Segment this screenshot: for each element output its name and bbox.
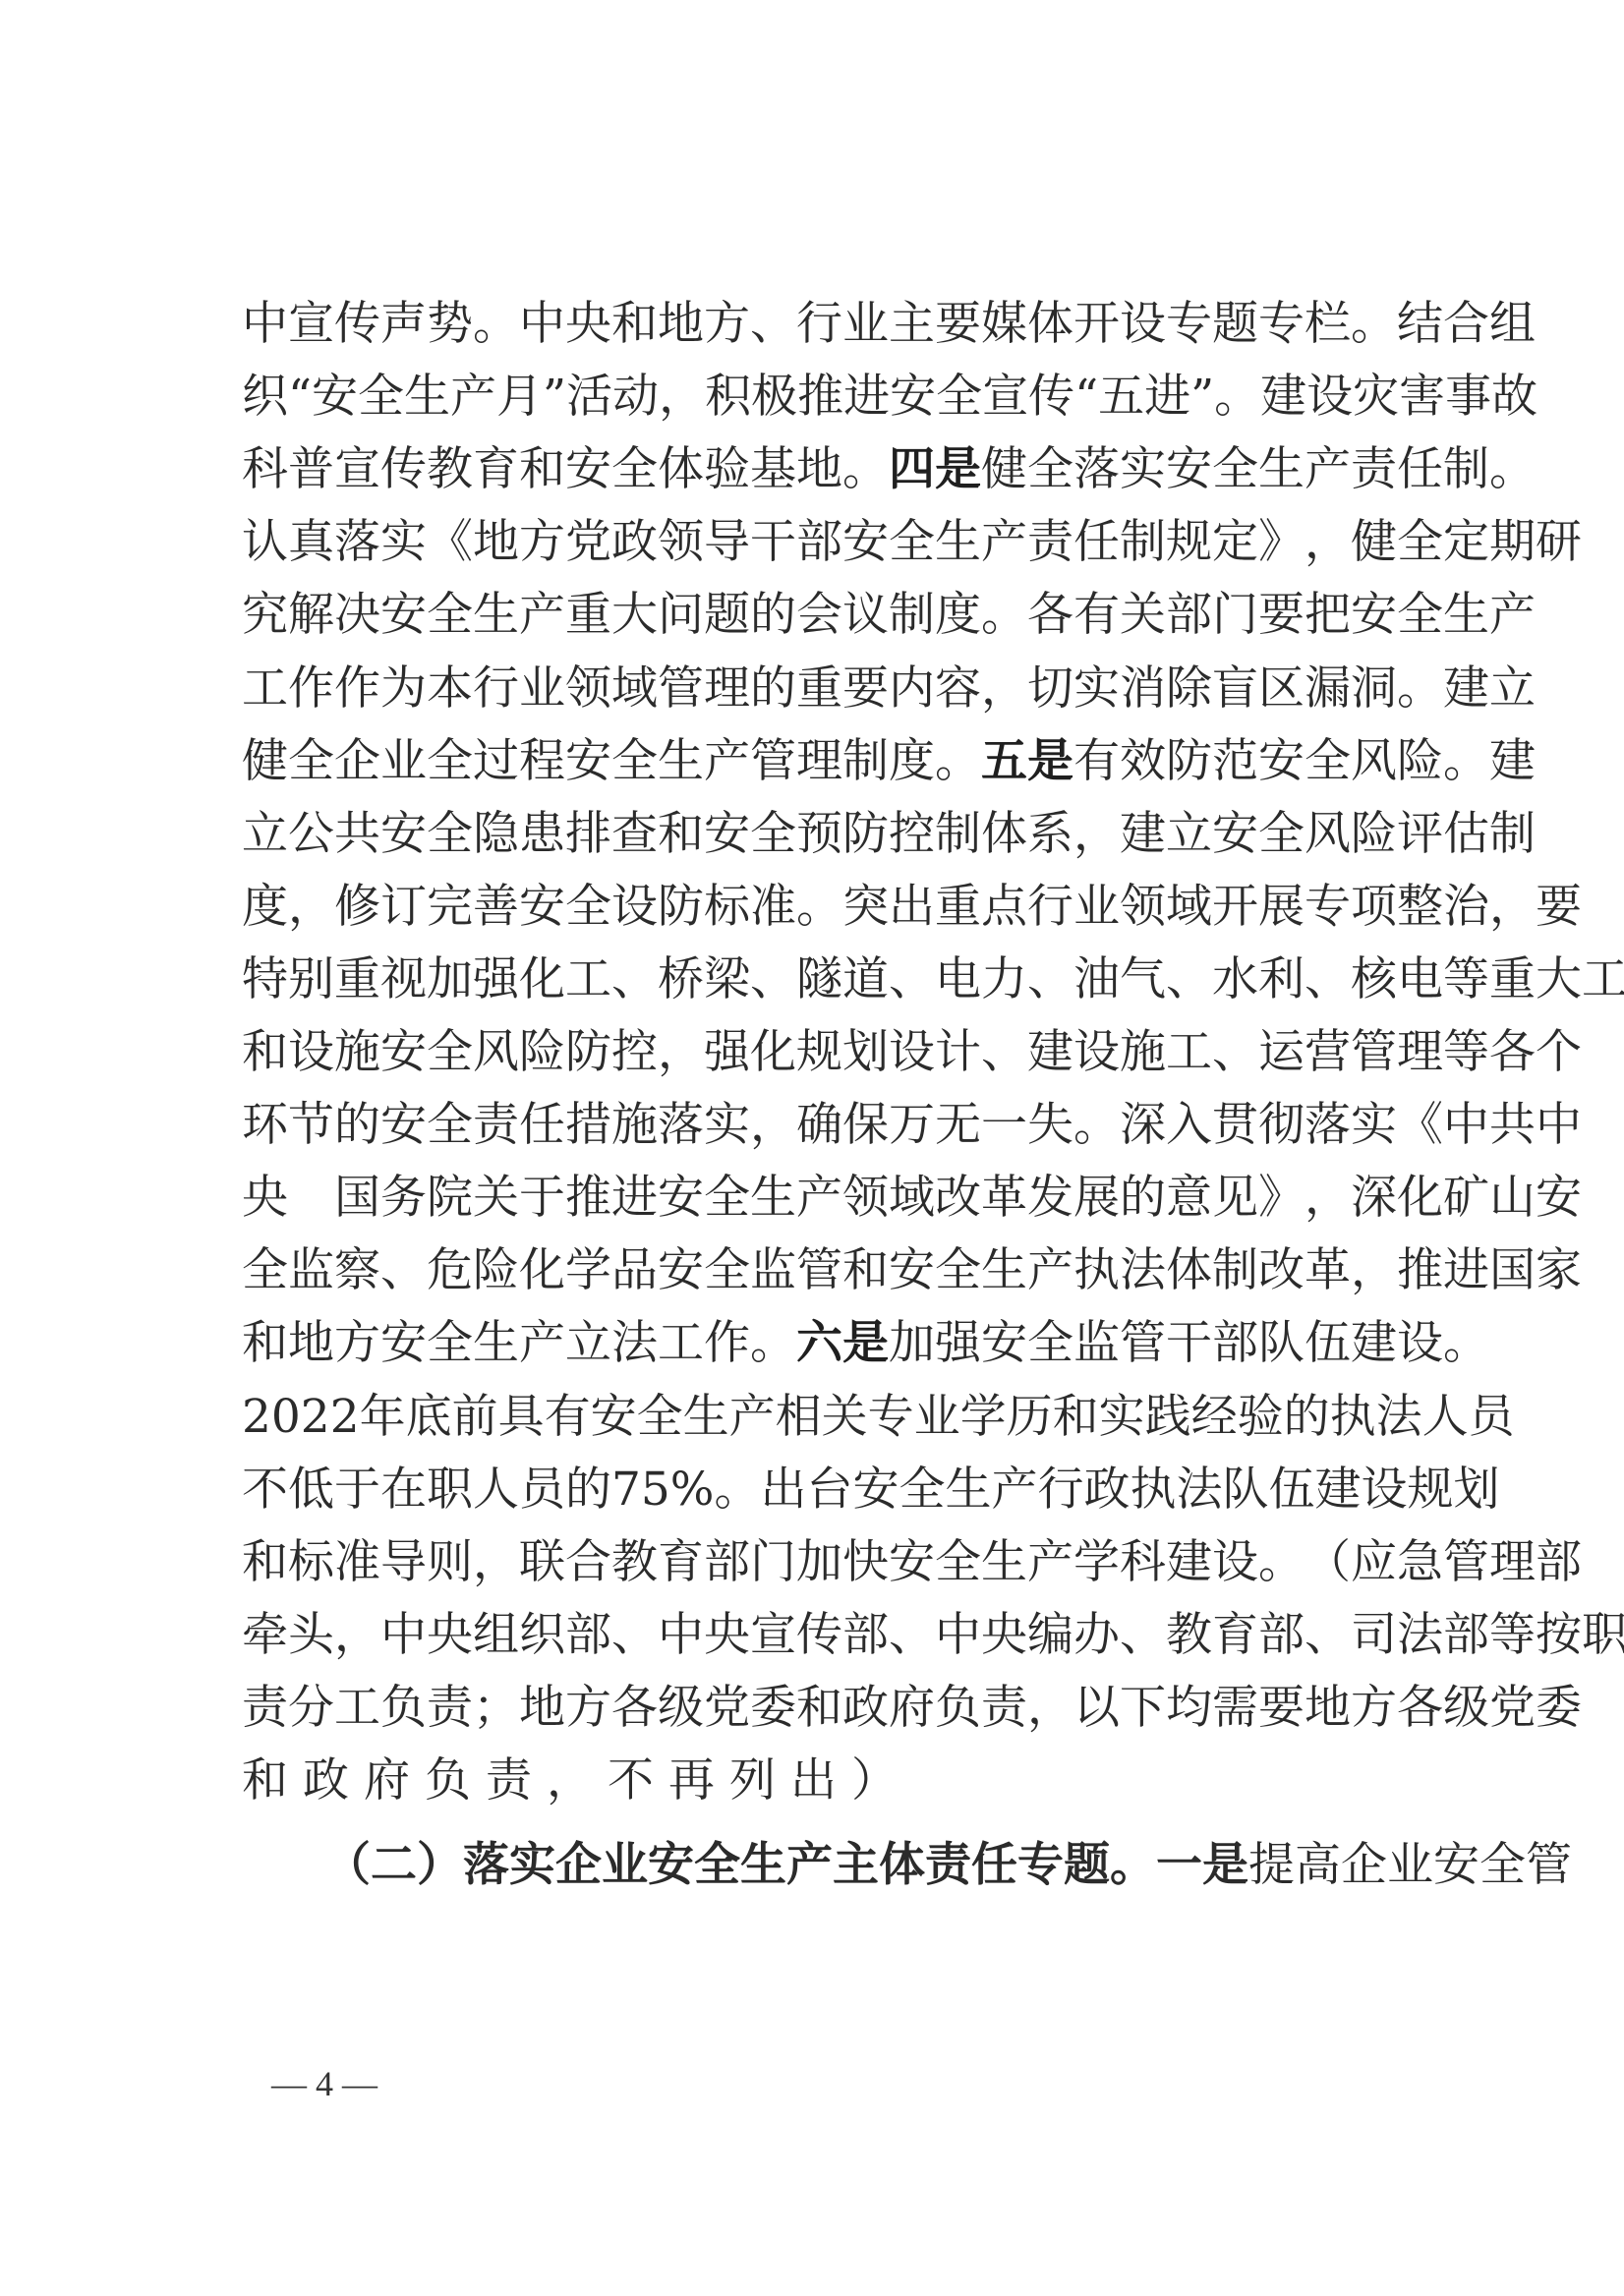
text-glyph: 解 (288, 586, 334, 645)
text-glyph: 重 (334, 950, 380, 1009)
text-glyph: ， (1305, 513, 1351, 572)
text-glyph: 无 (935, 1096, 981, 1155)
text-glyph: 险 (1397, 732, 1443, 791)
text-glyph: 责 (1351, 440, 1397, 499)
text-glyph: 准 (750, 878, 796, 937)
text-glyph: 大 (611, 586, 658, 645)
text-glyph: 业 (519, 660, 565, 718)
text-glyph: 验 (1238, 1388, 1284, 1447)
text-glyph: 安 (380, 805, 427, 864)
text-glyph: 风 (473, 1023, 519, 1082)
text-glyph: 高 (1295, 1836, 1341, 1895)
text-glyph: 消 (1120, 660, 1166, 718)
text-glyph: 传 (796, 1606, 842, 1665)
text-glyph: 设 (611, 878, 658, 937)
text-glyph: 一 (981, 1096, 1027, 1155)
text-glyph: 桥 (658, 950, 704, 1009)
text-glyph: 行 (1027, 878, 1073, 937)
text-glyph: 施 (334, 1023, 380, 1082)
text-glyph: 科 (1120, 1533, 1166, 1592)
text-glyph: 安 (704, 805, 750, 864)
text-glyph: 定 (1443, 513, 1489, 572)
text-glyph: 政 (1083, 1461, 1130, 1520)
text-glyph: 。 (1397, 660, 1443, 718)
text-glyph: 于 (519, 1169, 565, 1228)
text-glyph: 要 (1258, 1679, 1305, 1738)
text-glyph: 理 (704, 660, 750, 718)
text-glyph: 门 (750, 1533, 796, 1592)
text-glyph: 革 (1305, 1241, 1351, 1300)
text-line: 究解决安全生产重大问题的会议制度。各有关部门要把安全生产 (242, 586, 1427, 645)
text-glyph: 全 (427, 1096, 473, 1155)
text-glyph: 究 (242, 586, 288, 645)
text-glyph: 产 (991, 1461, 1037, 1520)
text-glyph: 伍 (1305, 1314, 1351, 1373)
text-glyph: 普 (288, 440, 334, 499)
text-glyph: 生 (683, 1388, 729, 1447)
text-glyph: 化 (519, 1241, 565, 1300)
text-glyph: 题 (1212, 295, 1258, 354)
text-glyph: 控 (889, 805, 935, 864)
text-glyph: 产 (796, 1169, 842, 1228)
text-glyph: 、 (611, 1606, 658, 1665)
text-glyph: 责 (1027, 513, 1073, 572)
text-glyph: 合 (565, 1533, 611, 1592)
text-glyph: 有 (1073, 732, 1120, 791)
section-heading: 。 (1110, 1836, 1156, 1895)
text-glyph: 安 (658, 1169, 704, 1228)
text-glyph: 中 (935, 1606, 981, 1665)
section-heading: 实 (509, 1836, 555, 1895)
text-glyph: 责 (427, 1679, 473, 1738)
text-glyph: 设 (1212, 1533, 1258, 1592)
text-glyph: 践 (1145, 1388, 1191, 1447)
text-glyph: ， (547, 1751, 593, 1810)
section-heading: 体 (879, 1836, 925, 1895)
text-line: 不低于在职人员的75%。出台安全生产行政执法队伍建设规划 (242, 1461, 1427, 1520)
text-glyph: 头 (288, 1606, 334, 1665)
text-glyph: 声 (380, 295, 427, 354)
text-glyph: 监 (288, 1241, 334, 1300)
text-glyph: 的 (1120, 1169, 1166, 1228)
text-glyph: 需 (1212, 1679, 1258, 1738)
text-glyph: 估 (1443, 805, 1489, 864)
text-glyph: 基 (750, 440, 796, 499)
text-glyph: 要 (1258, 586, 1305, 645)
text-glyph: 险 (473, 1241, 519, 1300)
text-glyph: 编 (1027, 1606, 1073, 1665)
text-glyph: 万 (889, 1096, 935, 1155)
text-glyph: 、 (1305, 950, 1351, 1009)
text-glyph: 、 (750, 950, 796, 1009)
text-glyph: 主 (889, 295, 935, 354)
text-line: 中宣传声势。中央和地方、行业主要媒体开设专题专栏。结合组 (242, 295, 1427, 354)
text-glyph: 院 (427, 1169, 473, 1228)
text-glyph: 落 (334, 513, 380, 572)
text-glyph: 全 (242, 1241, 288, 1300)
text-glyph: 和 (242, 1314, 288, 1373)
text-glyph: ， (334, 1606, 380, 1665)
text-glyph: 教 (1166, 1606, 1212, 1665)
text-glyph: 研 (1536, 513, 1582, 572)
text-glyph: 部 (565, 1606, 611, 1665)
text-line: 工作作为本行业领域管理的重要内容，切实消除盲区漏洞。建立 (242, 660, 1427, 718)
text-glyph: 法 (1176, 1461, 1222, 1520)
text-glyph: 全 (427, 586, 473, 645)
text-glyph: 本 (427, 660, 473, 718)
text-glyph: 低 (288, 1461, 334, 1520)
text-glyph: 伍 (1268, 1461, 1314, 1520)
text-glyph: 油 (1073, 950, 1120, 1009)
text-glyph: 加 (427, 950, 473, 1009)
text-glyph: 控 (611, 1023, 658, 1082)
text-glyph: 中 (1443, 1096, 1489, 1155)
text-glyph: 安 (889, 1533, 935, 1592)
text-glyph: 计 (935, 1023, 981, 1082)
text-glyph: 地 (288, 1314, 334, 1373)
text-glyph: 建 (1027, 1023, 1073, 1082)
text-glyph: 的 (750, 586, 796, 645)
text-glyph: 防 (1166, 732, 1212, 791)
text-glyph: 生 (935, 513, 981, 572)
text-glyph: 《 (1397, 1096, 1443, 1155)
text-glyph: ， (288, 878, 334, 937)
text-glyph: 、 (611, 950, 658, 1009)
text-glyph: 危 (427, 1241, 473, 1300)
text-glyph: 地 (658, 295, 704, 354)
text-glyph: 隧 (796, 950, 842, 1009)
text-glyph: 任 (1073, 513, 1120, 572)
text-glyph: 患 (519, 805, 565, 864)
text-glyph: 划 (842, 1023, 889, 1082)
text-glyph: 实 (1099, 1388, 1145, 1447)
text-glyph: 实 (380, 513, 427, 572)
text-glyph: 的 (750, 660, 796, 718)
text-glyph: 管 (796, 1241, 842, 1300)
text-glyph: 害 (1399, 368, 1445, 427)
text-glyph: 各 (1489, 1023, 1536, 1082)
text-glyph: 全 (611, 732, 658, 791)
text-glyph: 全 (935, 1533, 981, 1592)
text-glyph: 领 (842, 1169, 889, 1228)
text-glyph: 建 (1166, 1533, 1212, 1592)
text-glyph: 系 (1027, 805, 1073, 864)
text-glyph: 生 (750, 1169, 796, 1228)
text-line: 和政府负责，不再列出） (242, 1751, 1427, 1810)
text-glyph: ， (1351, 1241, 1397, 1300)
text-glyph: 立 (1489, 660, 1536, 718)
text-glyph: 不 (242, 1461, 288, 1520)
text-glyph: 传 (1028, 368, 1074, 427)
text-glyph: 前 (452, 1388, 498, 1447)
text-glyph: 负 (425, 1751, 471, 1810)
text-glyph: 。 (1214, 368, 1260, 427)
bold-lead-phrase: 是 (935, 440, 981, 499)
text-glyph: 列 (729, 1751, 776, 1810)
text-glyph: 保 (842, 1096, 889, 1155)
text-glyph: 全 (565, 878, 611, 937)
text-glyph: 完 (427, 878, 473, 937)
text-glyph: 部 (1536, 1533, 1582, 1592)
text-glyph: 全 (427, 1023, 473, 1082)
text-glyph: 革 (981, 1169, 1027, 1228)
text-glyph: 队 (1258, 1314, 1305, 1373)
text-glyph: 品 (611, 1241, 658, 1300)
text-glyph: 过 (473, 732, 519, 791)
text-glyph: 分 (288, 1679, 334, 1738)
text-glyph: 防 (658, 878, 704, 937)
text-glyph: 发 (1027, 1169, 1073, 1228)
text-glyph: 有 (1073, 586, 1120, 645)
text-glyph: 问 (658, 586, 704, 645)
text-glyph: 部 (1166, 586, 1212, 645)
text-glyph: 设 (1361, 1461, 1407, 1520)
text-glyph: 预 (796, 805, 842, 864)
text-glyph: 安 (889, 1241, 935, 1300)
text-glyph: 媒 (981, 295, 1027, 354)
text-glyph: 度 (889, 732, 935, 791)
text-glyph: 75% (611, 1461, 714, 1520)
text-glyph: 全 (889, 513, 935, 572)
text-glyph: 管 (1120, 1314, 1166, 1373)
text-glyph: 和 (519, 440, 565, 499)
text-glyph: 会 (796, 586, 842, 645)
text-glyph: 要 (935, 295, 981, 354)
text-glyph: 全 (427, 805, 473, 864)
text-glyph: 行 (1037, 1461, 1083, 1520)
text-line: 和设施安全风险防控，强化规划设计、建设施工、运营管理等各个 (242, 1023, 1427, 1082)
text-glyph: 产 (729, 1388, 776, 1447)
text-glyph: 积 (705, 368, 751, 427)
text-glyph: 各 (1027, 586, 1073, 645)
text-glyph: 营 (1305, 1023, 1351, 1082)
text-glyph: 盲 (1212, 660, 1258, 718)
text-glyph: 实 (1073, 660, 1120, 718)
text-glyph: 建 (1120, 805, 1166, 864)
text-glyph: 进 (1443, 1241, 1489, 1300)
text-glyph: 工 (1166, 1023, 1212, 1082)
section-heading: 产 (786, 1836, 833, 1895)
text-glyph: ， (659, 368, 705, 427)
section-heading: 落 (463, 1836, 509, 1895)
text-glyph: 育 (473, 440, 519, 499)
text-glyph: 规 (1407, 1461, 1453, 1520)
text-glyph: 产 (1489, 586, 1536, 645)
text-glyph: ， (750, 1096, 796, 1155)
text-glyph: 、 (1166, 950, 1212, 1009)
text-glyph: 工 (334, 1679, 380, 1738)
text-glyph: 专 (868, 1388, 914, 1447)
text-glyph: 决 (334, 586, 380, 645)
text-glyph: 深 (1351, 1169, 1397, 1228)
text-glyph: 具 (498, 1388, 545, 1447)
text-glyph: 公 (288, 805, 334, 864)
text-glyph: 建 (1260, 368, 1306, 427)
text-glyph: 干 (750, 513, 796, 572)
section-heading: 全 (694, 1836, 740, 1895)
text-glyph: 度 (935, 586, 981, 645)
text-glyph: 生 (658, 732, 704, 791)
text-glyph: 安 (565, 440, 611, 499)
text-glyph: 等 (1443, 1023, 1489, 1082)
text-line: 2022年底前具有安全生产相关专业学历和实践经验的执法人员 (242, 1388, 1427, 1447)
text-glyph: 落 (1305, 1096, 1351, 1155)
text-glyph: 划 (1453, 1461, 1499, 1520)
text-glyph: 势 (427, 295, 473, 354)
text-glyph: ， (658, 1023, 704, 1082)
text-glyph: 区 (1258, 660, 1305, 718)
text-glyph: 提 (1248, 1836, 1295, 1895)
document-page: 中宣传声势。中央和地方、行业主要媒体开设专题专栏。结合组织“安全生产月”活动，积… (0, 0, 1624, 2296)
text-glyph: 生 (473, 1314, 519, 1373)
text-glyph: 负 (935, 1679, 981, 1738)
text-glyph: 下 (1120, 1679, 1166, 1738)
text-glyph: 经 (1191, 1388, 1238, 1447)
text-glyph: 程 (519, 732, 565, 791)
text-glyph: 业 (1073, 878, 1120, 937)
text-glyph: 企 (1341, 1836, 1387, 1895)
text-glyph: 生 (473, 586, 519, 645)
text-glyph: 关 (822, 1388, 868, 1447)
text-glyph: 体 (981, 805, 1027, 864)
text-glyph: 展 (1073, 1169, 1120, 1228)
text-glyph: 生 (404, 368, 450, 427)
text-line: 立公共安全隐患排查和安全预防控制体系，建立安全风险评估制 (242, 805, 1427, 864)
text-glyph: 安 (842, 513, 889, 572)
text-glyph: 安 (890, 368, 936, 427)
text-glyph: 工 (658, 1314, 704, 1373)
text-glyph: 委 (750, 1679, 796, 1738)
text-glyph: 环 (242, 1096, 288, 1155)
text-glyph: 制 (1443, 440, 1489, 499)
text-glyph: 部 (704, 1533, 750, 1592)
text-glyph: 方 (1351, 1679, 1397, 1738)
text-glyph: 见 (1212, 1169, 1258, 1228)
text-glyph: 关 (1120, 586, 1166, 645)
text-glyph: 急 (1397, 1533, 1443, 1592)
text-glyph: 府 (364, 1751, 410, 1810)
text-glyph: 、 (1120, 1606, 1166, 1665)
text-glyph: 气 (1120, 950, 1166, 1009)
text-glyph: 失 (1027, 1096, 1073, 1155)
text-glyph: 健 (981, 440, 1027, 499)
text-glyph: 、 (380, 1241, 427, 1300)
text-glyph: 认 (242, 513, 288, 572)
text-glyph: 队 (1222, 1461, 1268, 1520)
text-glyph: 中 (380, 1606, 427, 1665)
text-glyph: 核 (1351, 950, 1397, 1009)
text-glyph: 要 (842, 660, 889, 718)
text-glyph: 建 (1351, 1314, 1397, 1373)
text-glyph: 安 (1433, 1836, 1479, 1895)
text-glyph: 安 (380, 1096, 427, 1155)
text-glyph: 织 (519, 1606, 565, 1665)
text-glyph: 的 (334, 1096, 380, 1155)
text-glyph: 实 (704, 1096, 750, 1155)
text-glyph: 议 (842, 586, 889, 645)
text-glyph: 效 (1120, 732, 1166, 791)
text-glyph: 活 (566, 368, 612, 427)
text-glyph: 全 (936, 368, 982, 427)
text-glyph: 。 (935, 732, 981, 791)
text-glyph: ， (1305, 1169, 1351, 1228)
text-glyph: 制 (842, 732, 889, 791)
text-glyph: 理 (1489, 1533, 1536, 1592)
text-glyph: 生 (1443, 586, 1489, 645)
text-glyph: 企 (334, 732, 380, 791)
text-glyph: 矿 (1443, 1169, 1489, 1228)
text-glyph: 责 (486, 1751, 532, 1810)
text-glyph: 部 (1212, 1314, 1258, 1373)
text-glyph: 点 (981, 878, 1027, 937)
text-glyph: 健 (242, 732, 288, 791)
text-glyph: 方 (334, 1314, 380, 1373)
text-glyph: 领 (565, 660, 611, 718)
text-glyph: 电 (1397, 950, 1443, 1009)
bold-lead-phrase: 一 (1156, 1836, 1202, 1895)
text-glyph: 域 (1166, 878, 1212, 937)
text-glyph: 政 (842, 1679, 889, 1738)
text-glyph: 责 (981, 1679, 1027, 1738)
text-glyph: 设 (1120, 295, 1166, 354)
text-glyph: 改 (935, 1169, 981, 1228)
section-heading: 主 (833, 1836, 879, 1895)
text-glyph: 级 (658, 1679, 704, 1738)
text-glyph: 工 (1582, 950, 1624, 1009)
text-glyph: 化 (750, 1023, 796, 1082)
text-glyph: 落 (1073, 440, 1120, 499)
text-glyph: 贯 (1212, 1096, 1258, 1155)
text-glyph: 。 (1351, 295, 1397, 354)
text-glyph: 、 (1027, 950, 1073, 1009)
text-glyph: 深 (1120, 1096, 1166, 1155)
text-glyph: 改 (1258, 1241, 1305, 1300)
bold-lead-phrase: 是 (1202, 1836, 1248, 1895)
text-glyph: ； (473, 1679, 519, 1738)
text-glyph: 山 (1489, 1169, 1536, 1228)
text-glyph: 突 (842, 878, 889, 937)
text-glyph: 作 (334, 660, 380, 718)
text-glyph: 防 (565, 1023, 611, 1082)
text-glyph: 进 (843, 368, 890, 427)
text-glyph: 年 (360, 1388, 406, 1447)
text-glyph: 政 (303, 1751, 349, 1810)
text-glyph: 化 (519, 950, 565, 1009)
text-glyph: 、 (1305, 1606, 1351, 1665)
text-glyph: 有 (545, 1388, 591, 1447)
bold-lead-phrase: 六 (796, 1314, 842, 1373)
text-glyph: 业 (380, 732, 427, 791)
text-glyph: 全 (1305, 732, 1351, 791)
text-glyph: 措 (565, 1096, 611, 1155)
text-glyph: 、 (1212, 1023, 1258, 1082)
text-glyph: 则 (427, 1533, 473, 1592)
text-glyph: 。 (1489, 440, 1536, 499)
text-line: 度，修订完善安全设防标准。突出重点行业领域开展专项整治，要 (242, 878, 1427, 937)
text-glyph: 制 (1212, 1241, 1258, 1300)
text-line: 和标准导则，联合教育部门加快安全生产学科建设。（应急管理部 (242, 1533, 1427, 1592)
text-glyph: 电 (935, 950, 981, 1009)
text-glyph: 党 (565, 513, 611, 572)
text-glyph: 全 (704, 1169, 750, 1228)
text-glyph: 全 (1258, 805, 1305, 864)
text-glyph: 强 (935, 1314, 981, 1373)
text-glyph: 按 (1536, 1606, 1582, 1665)
text-glyph: 地 (473, 513, 519, 572)
text-glyph: 安 (312, 368, 358, 427)
text-glyph: 部 (842, 1606, 889, 1665)
text-glyph: 确 (796, 1096, 842, 1155)
